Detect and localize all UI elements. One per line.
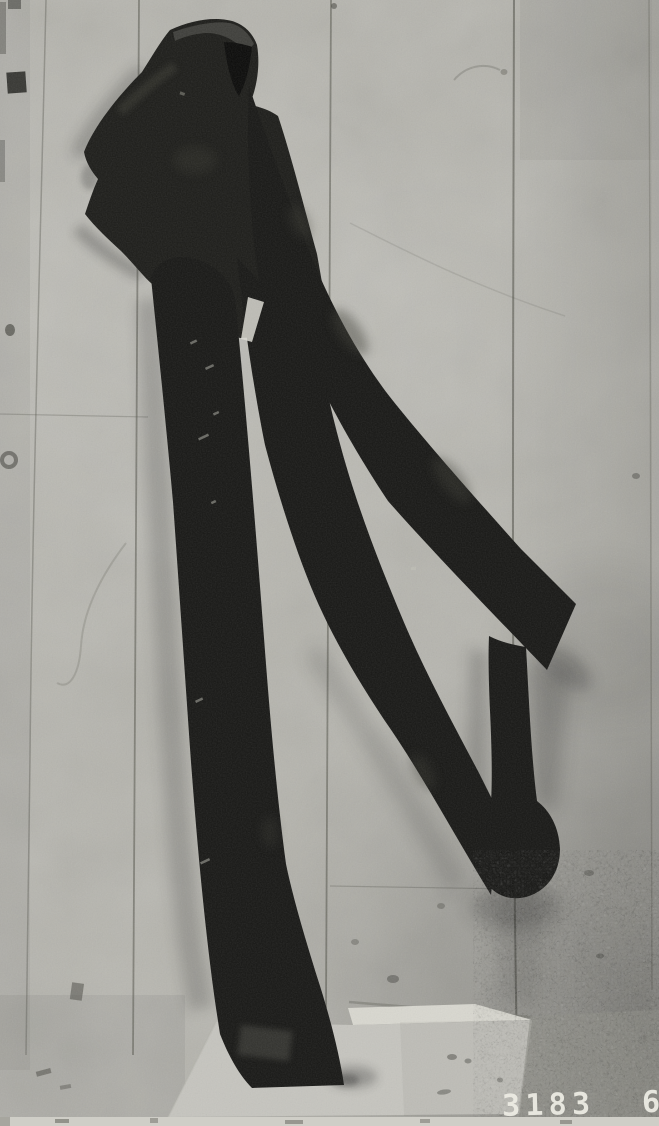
border-speck	[420, 1119, 430, 1123]
border-speck	[55, 1119, 69, 1123]
photograph: 3183 6	[0, 0, 659, 1126]
border-speck	[150, 1118, 158, 1123]
border-speck	[0, 1117, 10, 1126]
corner-number-label: 6	[642, 1085, 659, 1120]
grain-overlay	[0, 0, 659, 1126]
photo-canvas: 3183 6	[0, 0, 659, 1126]
border-speck	[285, 1120, 303, 1124]
